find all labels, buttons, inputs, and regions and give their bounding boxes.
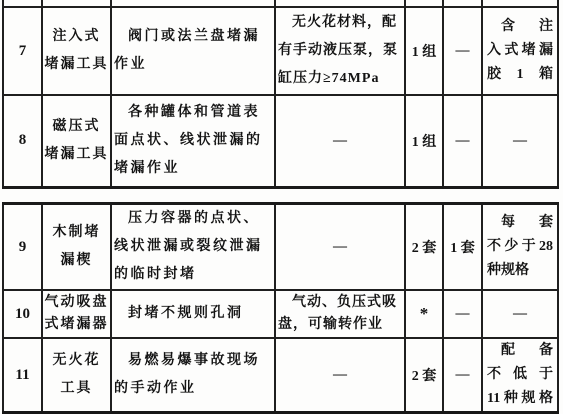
cutoff-cell (405, 0, 443, 7)
quantity-2: 1 套 (443, 204, 482, 291)
table-row-7: 7 注入式堵漏工具 阀门或法兰盘堵漏作业 无火花材料，配有手动液压泵，泵缸压力≥… (3, 7, 558, 95)
row-number: 9 (3, 204, 42, 291)
table-row-8: 8 磁压式堵漏工具 各种罐体和管道表面点状、线状泄漏的堵漏作业 — 1 组 — … (3, 95, 558, 187)
performance-cell: — (275, 338, 405, 413)
equipment-name: 磁压式堵漏工具 (42, 95, 111, 187)
usage-cell: 易燃易爆事故现场的手动作业 (111, 338, 275, 413)
table-row-11: 11 无火花工具 易燃易爆事故现场的手动作业 — 2 套 — 配备不低于11种规… (3, 338, 558, 413)
remark-cell: 含注入式堵漏胶1箱 (482, 7, 558, 95)
quantity-1: 2 套 (405, 338, 443, 413)
remark-cell: 配备不低于11种规格 (482, 338, 558, 413)
usage-cell: 各种罐体和管道表面点状、线状泄漏的堵漏作业 (111, 95, 275, 187)
usage-cell: 压力容器的点状、线状泄漏或裂纹泄漏的临时封堵 (111, 204, 275, 291)
cutoff-row (3, 0, 558, 7)
remark-cell: 每套不少于28种规格 (482, 204, 558, 291)
performance-cell: 无火花材料，配有手动液压泵，泵缸压力≥74MPa (275, 7, 405, 95)
cutoff-cell (111, 0, 275, 7)
quantity-1: * (405, 290, 443, 338)
quantity-1: 1 组 (405, 7, 443, 95)
quantity-2: — (443, 95, 482, 187)
equipment-name: 注入式堵漏工具 (42, 7, 111, 95)
row-number: 7 (3, 7, 42, 95)
usage-cell: 阀门或法兰盘堵漏作业 (111, 7, 275, 95)
remark-cell: — (482, 95, 558, 187)
cutoff-cell (42, 0, 111, 7)
performance-cell: 气动、负压式吸盘，可输转作业 (275, 290, 405, 338)
cutoff-cell (443, 0, 482, 7)
table-row-9: 9 木制堵漏楔 压力容器的点状、线状泄漏或裂纹泄漏的临时封堵 — 2 套 1 套… (3, 204, 558, 291)
quantity-2: — (443, 7, 482, 95)
equipment-name: 无火花工具 (42, 338, 111, 413)
row-number: 8 (3, 95, 42, 187)
remark-cell: — (482, 290, 558, 338)
equipment-table-upper: 7 注入式堵漏工具 阀门或法兰盘堵漏作业 无火花材料，配有手动液压泵，泵缸压力≥… (2, 0, 559, 189)
equipment-name: 气动吸盘式堵漏器 (42, 290, 111, 338)
quantity-2: — (443, 290, 482, 338)
quantity-2: — (443, 338, 482, 413)
cutoff-cell (482, 0, 558, 7)
quantity-1: 1 组 (405, 95, 443, 187)
scanned-document-page: 7 注入式堵漏工具 阀门或法兰盘堵漏作业 无火花材料，配有手动液压泵，泵缸压力≥… (0, 0, 563, 414)
equipment-name: 木制堵漏楔 (42, 204, 111, 291)
cutoff-cell (3, 0, 42, 7)
row-number: 10 (3, 290, 42, 338)
row-number: 11 (3, 338, 42, 413)
performance-cell: — (275, 95, 405, 187)
performance-cell: — (275, 204, 405, 291)
cutoff-cell (275, 0, 405, 7)
equipment-table-lower: 9 木制堵漏楔 压力容器的点状、线状泄漏或裂纹泄漏的临时封堵 — 2 套 1 套… (2, 202, 559, 414)
quantity-1: 2 套 (405, 204, 443, 291)
table-row-10: 10 气动吸盘式堵漏器 封堵不规则孔洞 气动、负压式吸盘，可输转作业 * — — (3, 290, 558, 338)
usage-cell: 封堵不规则孔洞 (111, 290, 275, 338)
